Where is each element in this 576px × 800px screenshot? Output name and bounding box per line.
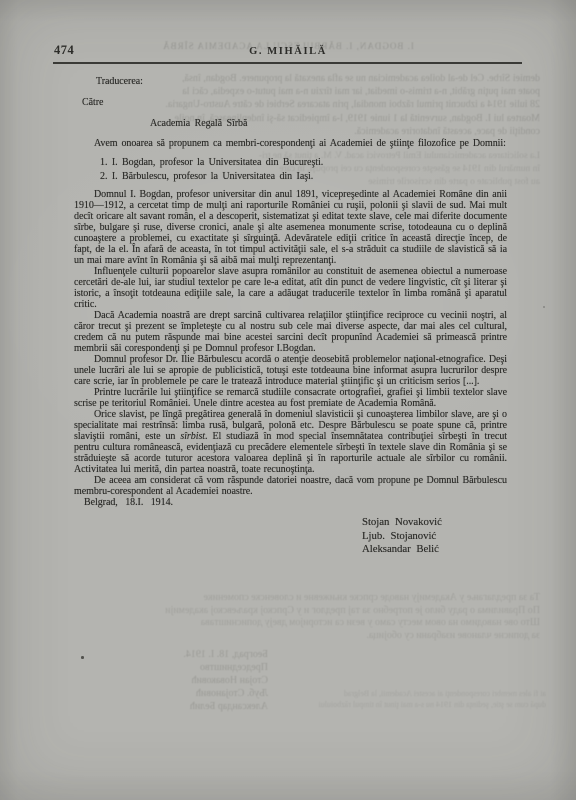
paragraph-barbulescu: Domnul profesor Dr. Ilie Bărbulescu acor… (74, 354, 507, 387)
letter-translation: Traducerea: Către Academia Regală Sîrbă … (74, 76, 507, 557)
paragraph-bogdan: Domnul I. Bogdan, profesor universitar d… (74, 189, 507, 266)
signature-novakovic: Stojan Novaković (362, 516, 507, 530)
signature-block: Stojan Novaković Ljub. Stojanović Aleksa… (362, 516, 507, 557)
paragraph-works: Printre lucrările lui ştiinţifice se rem… (74, 387, 507, 409)
ink-speck (81, 656, 84, 659)
salutation: Către (74, 97, 507, 108)
ink-speck (543, 306, 545, 308)
header-rule (53, 62, 522, 64)
addressee: Academia Regală Sîrbă (74, 118, 507, 129)
bleedthrough-cyrillic-paragraph: Та за предлагање у Академију наводе српс… (42, 592, 540, 642)
running-title: G. MIHĂILĂ (0, 46, 576, 57)
nominee-item: 2. I. Bărbulescu, profesor la Universita… (100, 170, 507, 184)
letter-body: Domnul I. Bogdan, profesor universitar d… (74, 189, 507, 497)
bleedthrough-signatures: Београд, 18. I. 1914. Председништво Стој… (78, 648, 268, 713)
bleedthrough-footnote-lines: ai fi ales membri corespondenţi ai acest… (256, 688, 546, 710)
scanned-book-page: I. BOGDAN, I. BĂRBULESCU LA ACADEMIA SÎR… (0, 0, 576, 800)
nominee-item: 1. I. Bogdan, profesor la Universitatea … (100, 156, 507, 170)
intro-paragraph: Avem onoarea să propunem ca membri-cores… (74, 138, 507, 149)
signature-belic: Aleksandar Belić (362, 543, 507, 557)
paragraph-conclusion: De aceea am considerat că vom răspunde d… (74, 475, 507, 497)
dateline: Belgrad, 18.I. 1914. (74, 497, 507, 508)
paragraph-slavist-italic-term: sîrbist (180, 431, 205, 442)
signature-stojanovic: Ljub. Stojanović (362, 530, 507, 544)
nominee-list: 1. I. Bogdan, profesor la Universitatea … (74, 156, 507, 183)
paragraph-academy-duty: Dacă Academia noastră are drept sarcină … (74, 310, 507, 354)
translation-label: Traducerea: (74, 76, 507, 87)
paragraph-influences: Influenţele culturii popoarelor slave as… (74, 266, 507, 310)
paragraph-slavist: Orice slavist, pe lîngă pregătirea gener… (74, 409, 507, 475)
